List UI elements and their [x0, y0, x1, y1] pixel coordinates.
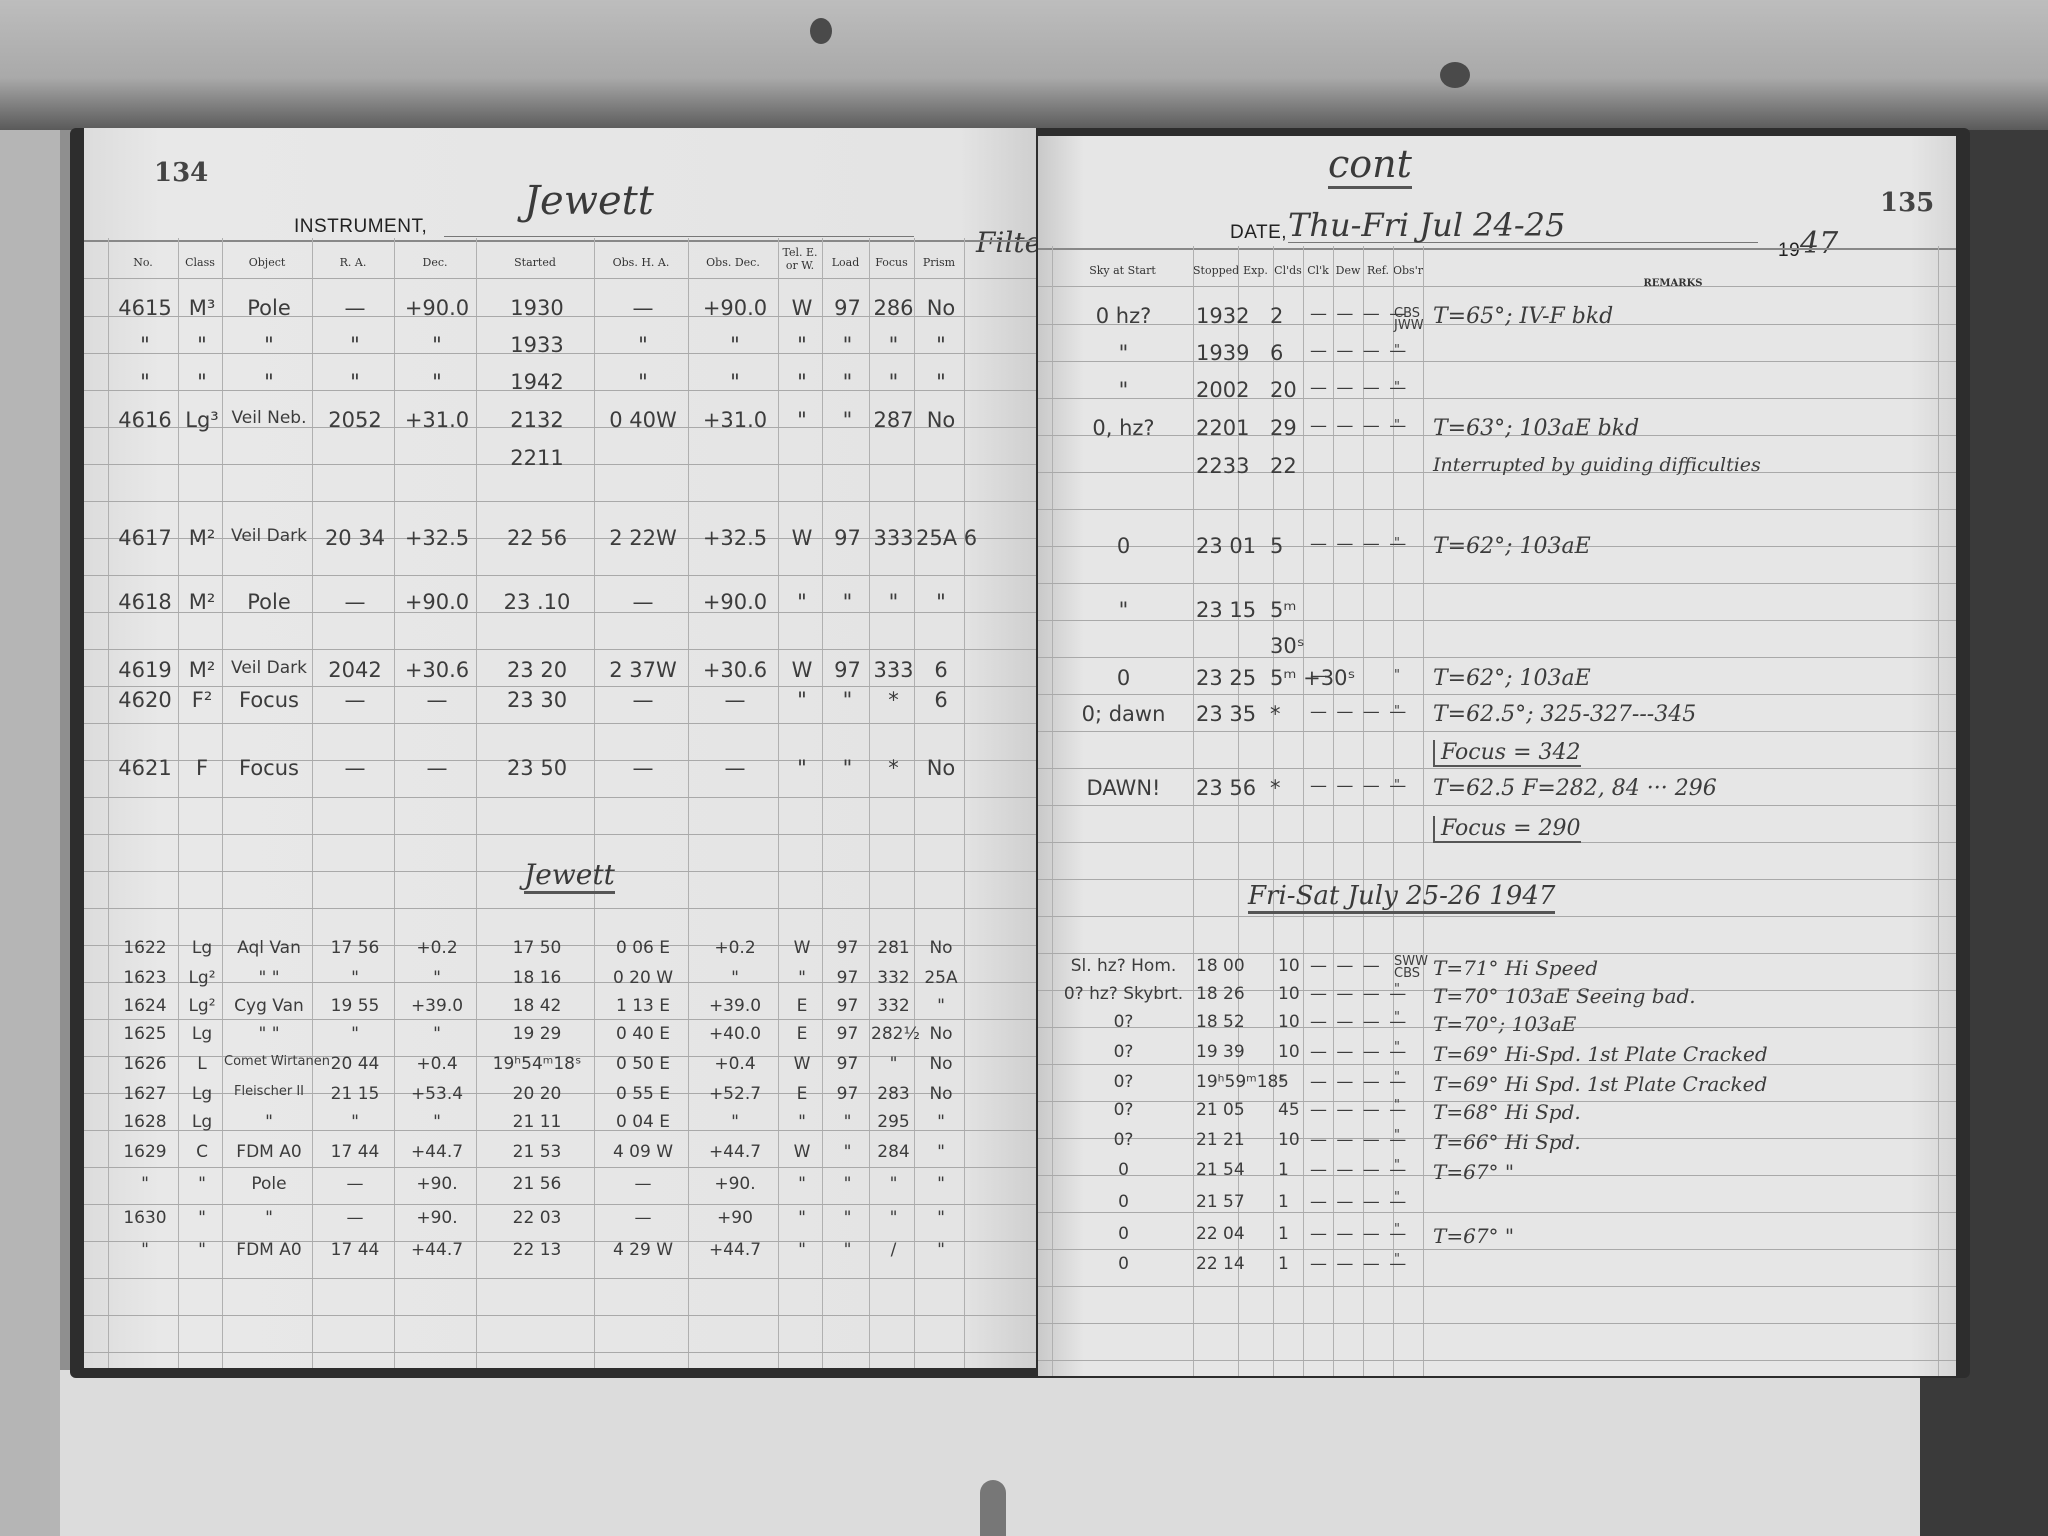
exposure: 1	[1278, 1254, 1289, 1274]
sky-at-start: DAWN!	[1056, 776, 1191, 800]
table-cell-started: 1930	[478, 296, 596, 320]
table-cell-load: 97	[824, 1024, 871, 1044]
table-cell-obs_dec: +44.7	[690, 1240, 780, 1260]
background-wall-left	[0, 130, 60, 1536]
column-header-8: REMARKS	[1423, 278, 1923, 289]
table-cell-ra: 2052	[314, 408, 396, 432]
observer: "	[1394, 1224, 1424, 1236]
table-cell-tel: W	[780, 296, 824, 320]
stopped-time: 19 39	[1196, 1042, 1245, 1062]
table-cell-class: L	[180, 1054, 224, 1074]
wooden-shelf	[0, 0, 2048, 130]
table-cell-object: FDM A0	[224, 1142, 314, 1162]
table-cell-focus: 332	[871, 968, 916, 988]
table-cell-class: "	[180, 1174, 224, 1194]
table-cell-object: " "	[224, 968, 314, 988]
column-header-0: Sky at Start	[1052, 264, 1193, 277]
stopped-time: 22 14	[1196, 1254, 1245, 1274]
sky-at-start: 0	[1056, 1160, 1191, 1180]
table-cell-dec: +30.6	[396, 658, 478, 682]
table-cell-no: 4621	[110, 756, 180, 780]
table-cell-ra: "	[314, 968, 396, 988]
remark: T=62.5 F=282, 84 ··· 296	[1433, 776, 1717, 801]
table-cell-dec: +39.0	[396, 996, 478, 1016]
sky-at-start: "	[1056, 598, 1191, 622]
table-cell-started: 18 42	[478, 996, 596, 1016]
table-cell-focus: "	[871, 590, 916, 614]
right-page: cont 135 DATE, Thu-Fri Jul 24-25 19 47 S…	[1038, 136, 1956, 1376]
section-label: Fri-Sat July 25-26 1947	[1248, 881, 1555, 914]
row-rule	[84, 1352, 1036, 1353]
sky-at-start: 0	[1056, 1192, 1191, 1212]
table-cell-ra: —	[314, 590, 396, 614]
column-header-8: Tel. E. or W.	[778, 246, 822, 272]
observer: CBS JWW	[1394, 308, 1424, 332]
remark: T=71° Hi Speed	[1433, 956, 1598, 980]
table-cell-filter: No	[916, 296, 966, 320]
table-cell-filter: 25A	[916, 968, 966, 988]
row-rule	[1038, 1286, 1956, 1287]
table-cell-focus: 287	[871, 408, 916, 432]
table-cell-obs_ha: —	[596, 1208, 690, 1228]
sky-at-start: 0	[1056, 1254, 1191, 1274]
column-header-4: Cl'k	[1303, 264, 1333, 277]
table-cell-started: 17 50	[478, 938, 596, 958]
table-cell-tel: W	[780, 1142, 824, 1162]
table-cell-started: 19ʰ54ᵐ18ˢ	[478, 1054, 596, 1074]
table-cell-obs_ha: 2 37W	[596, 658, 690, 682]
row-rule	[84, 1167, 1036, 1168]
filter-note: Filter	[976, 226, 1036, 259]
table-cell-object: Veil Dark	[224, 658, 314, 678]
table-cell-tel: "	[780, 1208, 824, 1228]
row-rule	[84, 1315, 1036, 1316]
table-cell-tel: W	[780, 1054, 824, 1074]
table-cell-obs_ha: —	[596, 756, 690, 780]
row-rule	[84, 1019, 1036, 1020]
table-cell-tel: W	[780, 658, 824, 682]
exposure: *	[1270, 776, 1281, 800]
table-cell-load: "	[824, 333, 871, 357]
table-cell-focus: 281	[871, 938, 916, 958]
column-header-7: Obs'r	[1393, 264, 1423, 277]
table-cell-load: 97	[824, 1054, 871, 1074]
column-header-7: Obs. Dec.	[688, 256, 778, 269]
header-rule	[1038, 248, 1956, 250]
table-cell-focus: "	[871, 370, 916, 394]
observer: "	[1394, 1130, 1424, 1142]
observer: "	[1394, 538, 1424, 550]
table-cell-no: 1624	[110, 996, 180, 1016]
remark: T=62°; 103aE	[1433, 666, 1591, 691]
table-cell-obs_ha: 2 22W	[596, 526, 690, 550]
remark: T=70°; 103aE	[1433, 1012, 1576, 1036]
exposure: 29	[1270, 416, 1297, 440]
condition-marks: —	[1310, 666, 1329, 686]
page-number: 134	[154, 158, 208, 188]
column-header-1: Stopped	[1193, 264, 1238, 277]
table-cell-class: "	[180, 1208, 224, 1228]
table-cell-load: 97	[824, 996, 871, 1016]
table-cell-tel: E	[780, 1084, 824, 1104]
observer: "	[1394, 706, 1424, 718]
table-cell-started: 2211	[478, 446, 596, 470]
row-rule	[1038, 694, 1956, 695]
remark: Focus = 342	[1433, 740, 1581, 767]
table-cell-dec: +90.0	[396, 296, 478, 320]
table-cell-dec: +44.7	[396, 1240, 478, 1260]
table-cell-filter: "	[916, 1112, 966, 1132]
table-cell-started: 1933	[478, 333, 596, 357]
row-rule	[1038, 1249, 1956, 1250]
table-cell-started: 21 53	[478, 1142, 596, 1162]
table-cell-load: "	[824, 590, 871, 614]
table-cell-no: 4617	[110, 526, 180, 550]
column-header-5: Dew	[1333, 264, 1363, 277]
table-cell-tel: "	[780, 408, 824, 432]
table-cell-tel: E	[780, 996, 824, 1016]
row-rule	[1038, 1212, 1956, 1213]
table-cell-filter: "	[916, 1142, 966, 1162]
section-label: Jewett	[524, 858, 615, 894]
row-rule	[84, 649, 1036, 650]
table-cell-class: "	[180, 370, 224, 394]
column-header-2: Exp.	[1238, 264, 1273, 277]
table-cell-obs_dec: +0.4	[690, 1054, 780, 1074]
table-cell-filter: "	[916, 996, 966, 1016]
table-cell-filter: 6	[916, 658, 966, 682]
exposure: 30ˢ	[1270, 634, 1305, 658]
table-cell-obs_ha: 4 09 W	[596, 1142, 690, 1162]
table-cell-load: "	[824, 1208, 871, 1228]
table-cell-no: "	[110, 1240, 180, 1260]
remark: T=67° "	[1433, 1160, 1514, 1184]
table-cell-load: 97	[824, 968, 871, 988]
exposure: 10	[1278, 984, 1300, 1004]
table-cell-obs_ha: 4 29 W	[596, 1240, 690, 1260]
observer: "	[1394, 1100, 1424, 1112]
exposure: 5ᵐ	[1270, 598, 1296, 622]
table-cell-focus: /	[871, 1240, 916, 1260]
table-cell-obs_ha: —	[596, 296, 690, 320]
table-cell-no: 4616	[110, 408, 180, 432]
column-rule	[1423, 246, 1424, 1376]
table-cell-obs_dec: "	[690, 333, 780, 357]
table-cell-filter: "	[916, 1208, 966, 1228]
sky-at-start: 0?	[1056, 1072, 1191, 1092]
table-cell-tel: "	[780, 968, 824, 988]
remark: Interrupted by guiding difficulties	[1433, 454, 1761, 476]
table-cell-ra: "	[314, 333, 396, 357]
column-header-0: No.	[108, 256, 178, 269]
exposure: 5	[1270, 534, 1283, 558]
table-cell-object: Cyg Van	[224, 996, 314, 1016]
row-rule	[84, 723, 1036, 724]
table-cell-obs_ha: "	[596, 333, 690, 357]
exposure: 10	[1278, 1130, 1300, 1150]
column-header-6: Ref.	[1363, 264, 1393, 277]
table-cell-ra: 19 55	[314, 996, 396, 1016]
column-header-6: Obs. H. A.	[594, 256, 688, 269]
table-cell-filter: "	[916, 1174, 966, 1194]
table-cell-obs_ha: —	[596, 688, 690, 712]
table-cell-class: "	[180, 1240, 224, 1260]
stopped-time: 21 21	[1196, 1130, 1245, 1150]
table-cell-focus: "	[871, 1174, 916, 1194]
observer: "	[1394, 382, 1424, 394]
table-cell-obs_ha: "	[596, 370, 690, 394]
table-cell-object: "	[224, 1112, 314, 1132]
table-cell-no: 4615	[110, 296, 180, 320]
stopped-time: 18 00	[1196, 956, 1245, 976]
table-cell-started: 23 30	[478, 688, 596, 712]
row-rule	[1038, 731, 1956, 732]
row-rule	[84, 1204, 1036, 1205]
table-cell-focus: *	[871, 688, 916, 712]
table-cell-dec: "	[396, 333, 478, 357]
table-cell-class: F²	[180, 688, 224, 712]
table-cell-object: Veil Dark	[224, 526, 314, 546]
table-cell-class: C	[180, 1142, 224, 1162]
row-rule	[1038, 768, 1956, 769]
table-cell-started: 19 29	[478, 1024, 596, 1044]
observer: "	[1394, 1254, 1424, 1266]
exposure: 2	[1270, 304, 1283, 328]
table-cell-obs_dec: "	[690, 1112, 780, 1132]
table-cell-started: 22 13	[478, 1240, 596, 1260]
column-header-11: Prism	[914, 256, 964, 269]
sky-at-start: 0	[1056, 1224, 1191, 1244]
row-rule	[1038, 657, 1956, 658]
table-cell-load: "	[824, 756, 871, 780]
table-cell-obs_ha: —	[596, 1174, 690, 1194]
column-rule	[1193, 246, 1194, 1376]
date-value: Thu-Fri Jul 24-25	[1288, 206, 1565, 244]
observer: "	[1394, 345, 1424, 357]
column-header-9: Load	[822, 256, 869, 269]
table-cell-started: 23 20	[478, 658, 596, 682]
table-cell-started: 18 16	[478, 968, 596, 988]
column-rule	[1303, 246, 1304, 1376]
remark: T=63°; 103aE bkd	[1433, 416, 1639, 441]
table-cell-class: Lg	[180, 938, 224, 958]
year-written: 47	[1800, 226, 1838, 261]
table-cell-dec: "	[396, 968, 478, 988]
remark: T=69° Hi Spd. 1st Plate Cracked	[1433, 1072, 1767, 1096]
stopped-time: 21 05	[1196, 1100, 1245, 1120]
table-cell-class: "	[180, 333, 224, 357]
table-cell-focus: *	[871, 756, 916, 780]
instrument-value: Jewett	[524, 178, 654, 224]
table-cell-load: "	[824, 370, 871, 394]
table-cell-ra: —	[314, 1208, 396, 1228]
table-cell-class: F	[180, 756, 224, 780]
row-rule	[84, 834, 1036, 835]
table-cell-obs_dec: +90	[690, 1208, 780, 1228]
column-header-3: R. A.	[312, 256, 394, 269]
table-cell-obs_dec: +32.5	[690, 526, 780, 550]
table-cell-obs_dec: "	[690, 370, 780, 394]
observer: "	[1394, 1192, 1424, 1204]
cont-note: cont	[1328, 142, 1412, 189]
year-printed: 19	[1778, 240, 1800, 262]
table-cell-class: Lg²	[180, 968, 224, 988]
observer: "	[1394, 1160, 1424, 1172]
header-rule	[84, 240, 1036, 242]
exposure: 10	[1278, 956, 1300, 976]
wood-knot	[810, 18, 832, 44]
table-cell-started: 20 20	[478, 1084, 596, 1104]
table-cell-load: "	[824, 408, 871, 432]
table-cell-class: Lg	[180, 1084, 224, 1104]
table-cell-started: 1942	[478, 370, 596, 394]
table-cell-ra: —	[314, 756, 396, 780]
sky-at-start: 0?	[1056, 1012, 1191, 1032]
table-cell-dec: +90.0	[396, 590, 478, 614]
table-cell-load: "	[824, 1240, 871, 1260]
table-cell-focus: "	[871, 1054, 916, 1074]
table-cell-load: "	[824, 688, 871, 712]
table-cell-obs_dec: "	[690, 968, 780, 988]
sky-at-start: 0? hz? Skybrt.	[1056, 984, 1191, 1004]
table-cell-class: M²	[180, 526, 224, 550]
row-rule	[1038, 805, 1956, 806]
table-cell-object: Aql Van	[224, 938, 314, 958]
sky-at-start: 0, hz?	[1056, 416, 1191, 440]
remark: T=69° Hi-Spd. 1st Plate Cracked	[1433, 1042, 1768, 1066]
table-cell-obs_dec: +52.7	[690, 1084, 780, 1104]
table-cell-ra: 2042	[314, 658, 396, 682]
remark: T=62.5°; 325-327---345	[1433, 702, 1696, 727]
table-cell-started: 21 11	[478, 1112, 596, 1132]
table-cell-tel: "	[780, 1174, 824, 1194]
table-cell-tel: "	[780, 370, 824, 394]
remark: T=68° Hi Spd.	[1433, 1100, 1581, 1124]
observing-logbook: 134 INSTRUMENT, Jewett Filter No.ClassOb…	[70, 128, 1970, 1378]
remark: T=67° "	[1433, 1224, 1514, 1248]
table-cell-focus: 284	[871, 1142, 916, 1162]
table-cell-no: "	[110, 333, 180, 357]
header-rule	[1038, 286, 1956, 287]
table-cell-load: "	[824, 1112, 871, 1132]
table-cell-dec: —	[396, 756, 478, 780]
table-cell-no: 1629	[110, 1142, 180, 1162]
table-cell-dec: —	[396, 688, 478, 712]
table-cell-focus: 333	[871, 658, 916, 682]
table-cell-dec: +90.	[396, 1174, 478, 1194]
exposure: 1	[1278, 1224, 1289, 1244]
table-cell-obs_ha: 0 55 E	[596, 1084, 690, 1104]
table-cell-tel: "	[780, 333, 824, 357]
date-label: DATE,	[1230, 222, 1287, 244]
table-cell-object: Focus	[224, 688, 314, 712]
table-cell-dec: "	[396, 1112, 478, 1132]
sky-at-start: 0	[1056, 666, 1191, 690]
table-cell-filter: "	[916, 1240, 966, 1260]
table-cell-obs_ha: 0 40W	[596, 408, 690, 432]
table-cell-object: "	[224, 1208, 314, 1228]
column-header-2: Object	[222, 256, 312, 269]
table-cell-no: 4618	[110, 590, 180, 614]
table-cell-object: Focus	[224, 756, 314, 780]
observer: "	[1394, 984, 1424, 996]
table-cell-object: Pole	[224, 590, 314, 614]
table-cell-obs_ha: 0 40 E	[596, 1024, 690, 1044]
row-rule	[84, 1278, 1036, 1279]
row-rule	[1038, 509, 1956, 510]
table-cell-ra: 21 15	[314, 1084, 396, 1104]
table-cell-ra: 17 44	[314, 1142, 396, 1162]
table-cell-dec: +90.	[396, 1208, 478, 1228]
column-header-5: Started	[476, 256, 594, 269]
table-cell-object: FDM A0	[224, 1240, 314, 1260]
table-cell-obs_ha: 0 06 E	[596, 938, 690, 958]
table-cell-obs_dec: +90.	[690, 1174, 780, 1194]
table-cell-ra: 17 44	[314, 1240, 396, 1260]
table-cell-class: M³	[180, 296, 224, 320]
stopped-time: 18 26	[1196, 984, 1245, 1004]
table-cell-dec: "	[396, 1024, 478, 1044]
table-cell-no: 4619	[110, 658, 180, 682]
table-cell-dec: "	[396, 370, 478, 394]
table-cell-obs_dec: +30.6	[690, 658, 780, 682]
observer: "	[1394, 420, 1424, 432]
sky-at-start: Sl. hz? Hom.	[1056, 956, 1191, 976]
remark: T=62°; 103aE	[1433, 534, 1591, 559]
table-cell-obs_dec: +90.0	[690, 296, 780, 320]
column-rule	[1938, 246, 1939, 1376]
table-cell-no: 1626	[110, 1054, 180, 1074]
table-cell-load: 97	[824, 938, 871, 958]
exposure: 10	[1278, 1012, 1300, 1032]
table-cell-focus: 282½	[871, 1024, 916, 1044]
table-cell-started: 2132	[478, 408, 596, 432]
table-cell-class: Lg	[180, 1112, 224, 1132]
table-cell-object: Fleischer II	[224, 1084, 314, 1099]
table-cell-filter: "	[916, 333, 966, 357]
table-cell-started: 23 .10	[478, 590, 596, 614]
table-cell-started: 21 56	[478, 1174, 596, 1194]
table-cell-ra: —	[314, 688, 396, 712]
table-cell-no: 1628	[110, 1112, 180, 1132]
table-cell-obs_dec: +44.7	[690, 1142, 780, 1162]
table-cell-obs_ha: —	[596, 590, 690, 614]
observer: "	[1394, 1042, 1424, 1054]
table-cell-no: 1630	[110, 1208, 180, 1228]
table-cell-obs_dec: —	[690, 756, 780, 780]
table-cell-obs_ha: 0 20 W	[596, 968, 690, 988]
remark: T=66° Hi Spd.	[1433, 1130, 1581, 1154]
table-cell-obs_dec: +31.0	[690, 408, 780, 432]
table-cell-started: 22 56	[478, 526, 596, 550]
left-page: 134 INSTRUMENT, Jewett Filter No.ClassOb…	[84, 128, 1036, 1368]
table-cell-no: 1623	[110, 968, 180, 988]
exposure: 1	[1278, 1192, 1289, 1212]
table-cell-ra: "	[314, 1112, 396, 1132]
row-rule	[1038, 916, 1956, 917]
table-cell-focus: 333	[871, 526, 916, 550]
exposure: *	[1270, 702, 1281, 726]
table-cell-object: "	[224, 333, 314, 357]
table-cell-focus: "	[871, 333, 916, 357]
table-cell-no: 1625	[110, 1024, 180, 1044]
table-cell-started: 23 50	[478, 756, 596, 780]
table-cell-started: 22 03	[478, 1208, 596, 1228]
table-cell-obs_ha: 1 13 E	[596, 996, 690, 1016]
sky-at-start: 0?	[1056, 1130, 1191, 1150]
table-cell-obs_dec: +90.0	[690, 590, 780, 614]
row-rule	[84, 575, 1036, 576]
